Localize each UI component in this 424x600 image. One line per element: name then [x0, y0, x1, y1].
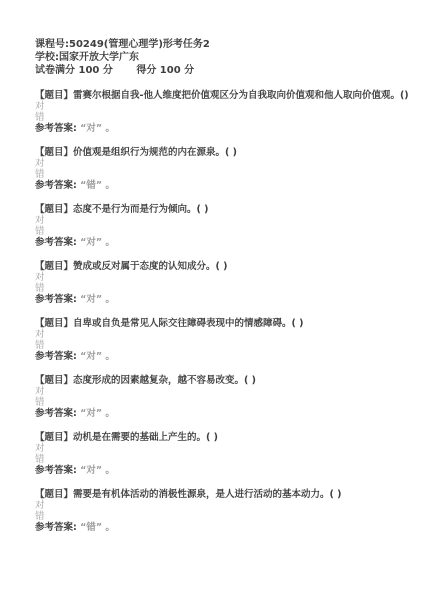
option-true: 对: [35, 272, 400, 283]
option-true: 对: [35, 101, 400, 112]
reference-answer-label: 参考答案:: [35, 408, 77, 419]
question-title: 【题目】价值观是组织行为规范的内在源泉。( ): [35, 147, 400, 158]
question-title: 【题目】动机是在需要的基础上产生的。( ): [35, 432, 400, 443]
question-block-3: 【题目】态度不是行为而是行为倾向。( ) 对 错 参考答案: “对” 。: [35, 204, 400, 248]
full-score-label: 试卷满分 100 分: [35, 65, 113, 76]
reference-answer-line: 参考答案: “错” 。: [35, 180, 400, 191]
question-block-5: 【题目】自卑或自负是常见人际交往障碍表现中的情感障碍。( ) 对 错 参考答案:…: [35, 318, 400, 362]
reference-answer-line: 参考答案: “对” 。: [35, 237, 400, 248]
question-title: 【题目】态度形成的因素越复杂，越不容易改变。( ): [35, 375, 400, 386]
course-number-line: 课程号:50249(管理心理学)形考任务2: [35, 38, 400, 51]
reference-answer-value: “对” 。: [80, 123, 115, 134]
reference-answer-value: “错” 。: [80, 180, 115, 191]
reference-answer-value: “对” 。: [80, 294, 115, 305]
reference-answer-label: 参考答案:: [35, 237, 77, 248]
document-content: 课程号:50249(管理心理学)形考任务2 学校:国家开放大学广东 试卷满分 1…: [0, 0, 424, 533]
reference-answer-label: 参考答案:: [35, 123, 77, 134]
option-true: 对: [35, 443, 400, 454]
option-false: 错: [35, 397, 400, 408]
option-true: 对: [35, 386, 400, 397]
question-block-4: 【题目】赞成或反对属于态度的认知成分。( ) 对 错 参考答案: “对” 。: [35, 261, 400, 305]
question-block-2: 【题目】价值观是组织行为规范的内在源泉。( ) 对 错 参考答案: “错” 。: [35, 147, 400, 191]
question-block-8: 【题目】需要是有机体活动的消极性源泉，是人进行活动的基本动力。( ) 对 错 参…: [35, 489, 400, 533]
question-title: 【题目】需要是有机体活动的消极性源泉，是人进行活动的基本动力。( ): [35, 489, 400, 500]
reference-answer-line: 参考答案: “对” 。: [35, 465, 400, 476]
reference-answer-line: 参考答案: “错” 。: [35, 522, 400, 533]
option-true: 对: [35, 158, 400, 169]
option-false: 错: [35, 454, 400, 465]
option-false: 错: [35, 511, 400, 522]
question-title: 【题目】态度不是行为而是行为倾向。( ): [35, 204, 400, 215]
reference-answer-line: 参考答案: “对” 。: [35, 294, 400, 305]
option-false: 错: [35, 340, 400, 351]
reference-answer-label: 参考答案:: [35, 465, 77, 476]
option-false: 错: [35, 112, 400, 123]
option-false: 错: [35, 283, 400, 294]
document-page: 课程号:50249(管理心理学)形考任务2 学校:国家开放大学广东 试卷满分 1…: [0, 0, 424, 600]
document-header: 课程号:50249(管理心理学)形考任务2 学校:国家开放大学广东 试卷满分 1…: [35, 38, 400, 77]
question-block-1: 【题目】雷赛尔根据自我-他人维度把价值观区分为自我取向价值观和他人取向价值观。(…: [35, 90, 400, 134]
score-line: 试卷满分 100 分 得分 100 分: [35, 64, 400, 77]
option-true: 对: [35, 500, 400, 511]
question-block-7: 【题目】动机是在需要的基础上产生的。( ) 对 错 参考答案: “对” 。: [35, 432, 400, 476]
school-line: 学校:国家开放大学广东: [35, 51, 400, 64]
reference-answer-label: 参考答案:: [35, 522, 77, 533]
reference-answer-line: 参考答案: “对” 。: [35, 408, 400, 419]
reference-answer-value: “对” 。: [80, 237, 115, 248]
reference-answer-label: 参考答案:: [35, 294, 77, 305]
question-title: 【题目】雷赛尔根据自我-他人维度把价值观区分为自我取向价值观和他人取向价值观。(…: [35, 90, 400, 101]
reference-answer-value: “对” 。: [80, 465, 115, 476]
reference-answer-label: 参考答案:: [35, 180, 77, 191]
reference-answer-line: 参考答案: “对” 。: [35, 351, 400, 362]
question-title: 【题目】赞成或反对属于态度的认知成分。( ): [35, 261, 400, 272]
option-false: 错: [35, 226, 400, 237]
option-false: 错: [35, 169, 400, 180]
question-block-6: 【题目】态度形成的因素越复杂，越不容易改变。( ) 对 错 参考答案: “对” …: [35, 375, 400, 419]
option-true: 对: [35, 215, 400, 226]
reference-answer-label: 参考答案:: [35, 351, 77, 362]
question-list: 【题目】雷赛尔根据自我-他人维度把价值观区分为自我取向价值观和他人取向价值观。(…: [35, 90, 400, 533]
reference-answer-value: “对” 。: [80, 408, 115, 419]
question-title: 【题目】自卑或自负是常见人际交往障碍表现中的情感障碍。( ): [35, 318, 400, 329]
obtained-score-label: 得分 100 分: [136, 65, 194, 76]
reference-answer-line: 参考答案: “对” 。: [35, 123, 400, 134]
reference-answer-value: “错” 。: [80, 522, 115, 533]
option-true: 对: [35, 329, 400, 340]
reference-answer-value: “对” 。: [80, 351, 115, 362]
